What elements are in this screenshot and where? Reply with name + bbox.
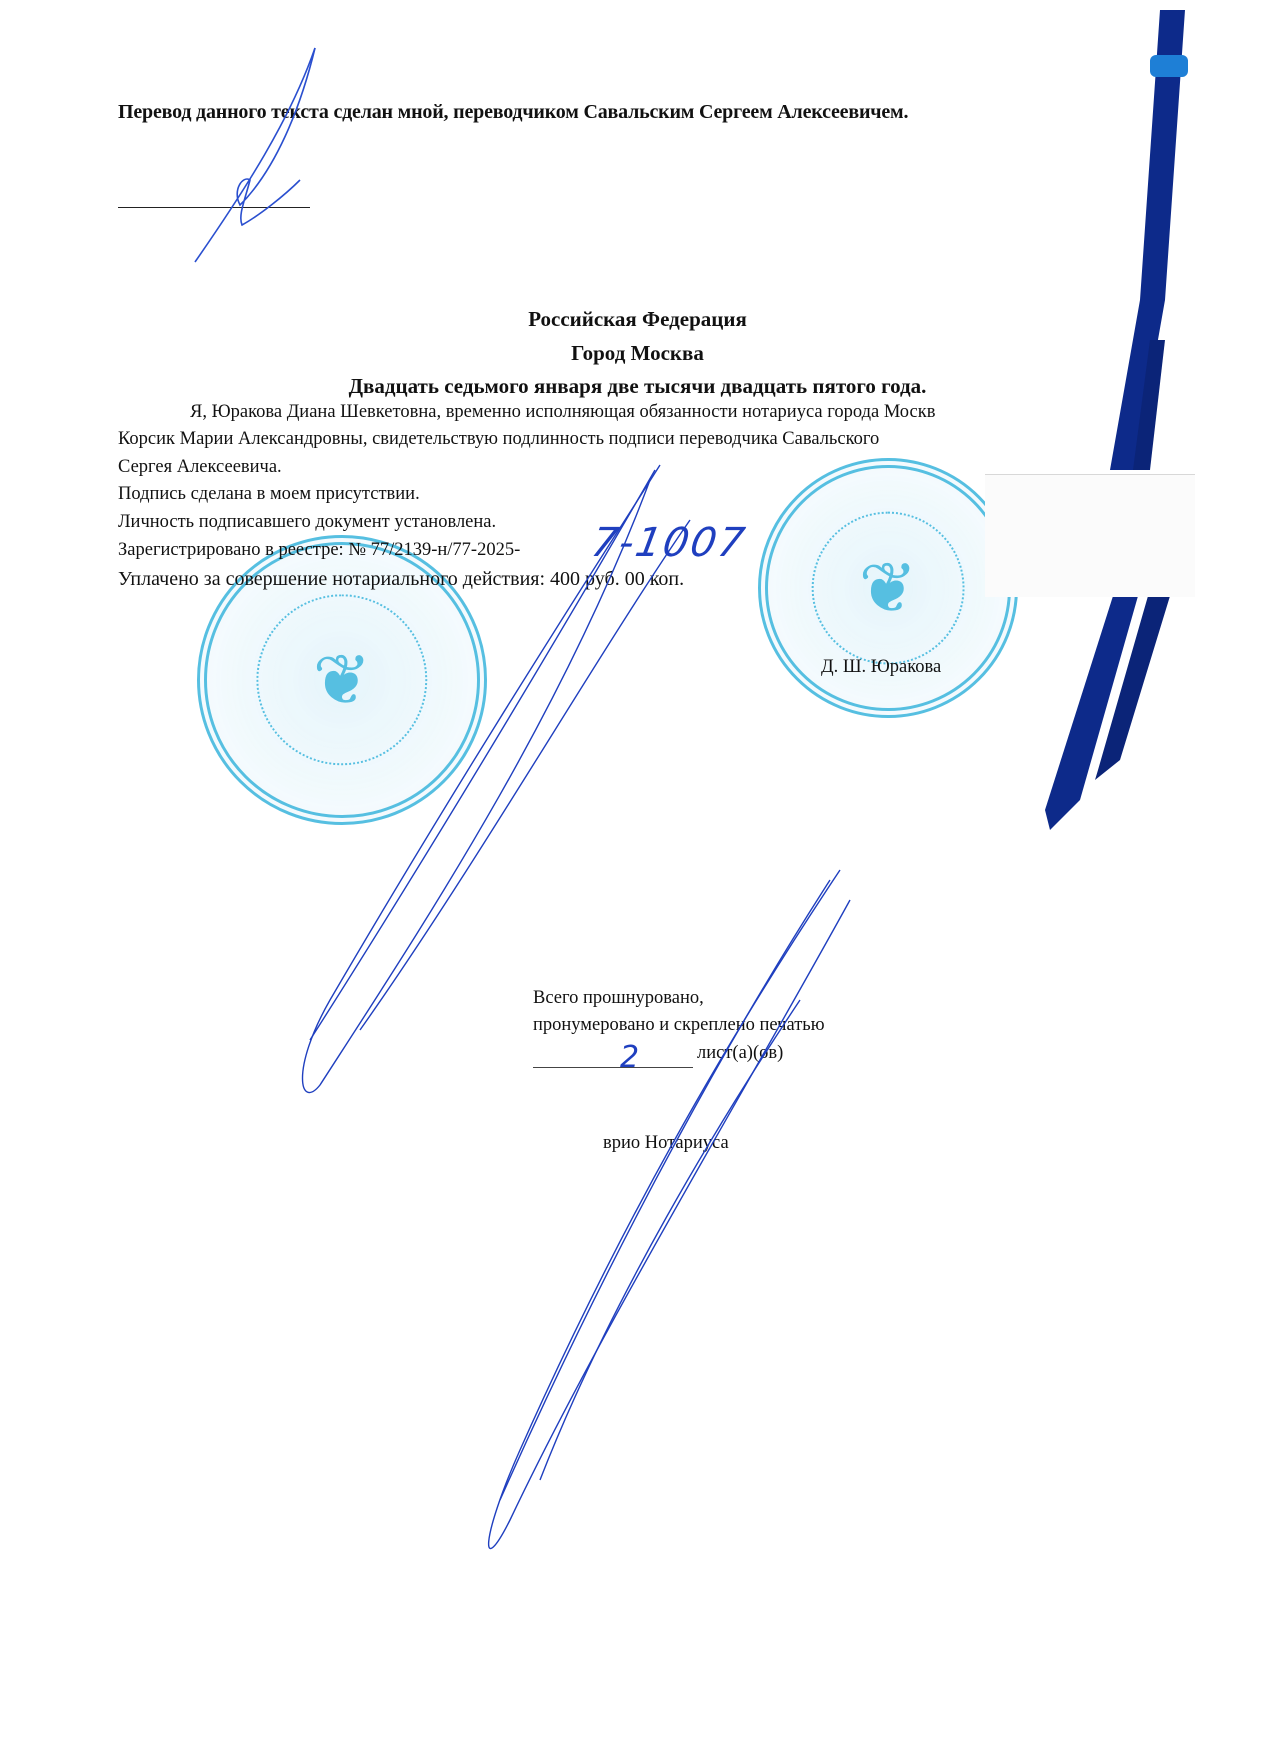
binding-ribbon-icon bbox=[1045, 10, 1188, 830]
ribbon-knot-icon bbox=[1150, 55, 1188, 77]
sticker-label bbox=[985, 474, 1195, 597]
notary-signature-icon bbox=[303, 465, 851, 1549]
signatures-and-ribbon bbox=[0, 0, 1275, 1753]
translator-signature-icon bbox=[195, 48, 315, 262]
